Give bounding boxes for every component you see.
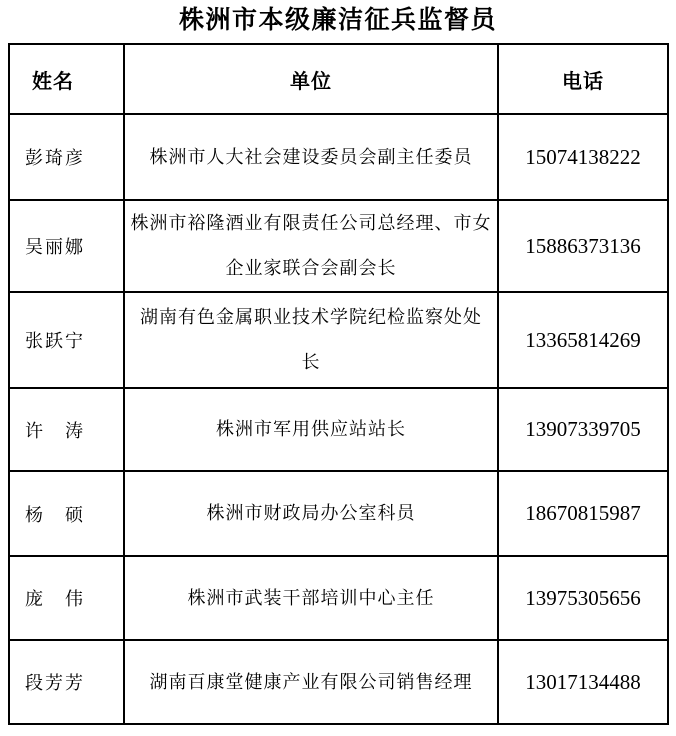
unit-cell: 株洲市裕隆酒业有限责任公司总经理、市女 企业家联合会副会长 bbox=[124, 200, 498, 292]
table-row: 张跃宁 湖南有色金属职业技术学院纪检监察处处 长 13365814269 bbox=[9, 292, 668, 388]
table-row: 许 涛 株洲市军用供应站站长 13907339705 bbox=[9, 388, 668, 471]
name-cell: 杨 硕 bbox=[9, 471, 124, 556]
name-cell: 段芳芳 bbox=[9, 640, 124, 724]
unit-cell: 株洲市财政局办公室科员 bbox=[124, 471, 498, 556]
phone-cell: 13907339705 bbox=[498, 388, 668, 471]
unit-cell: 株洲市人大社会建设委员会副主任委员 bbox=[124, 114, 498, 200]
unit-cell: 湖南有色金属职业技术学院纪检监察处处 长 bbox=[124, 292, 498, 388]
name-cell: 庞 伟 bbox=[9, 556, 124, 640]
page-title: 株洲市本级廉洁征兵监督员 bbox=[0, 5, 676, 35]
supervisors-table: 姓名 单位 电话 彭琦彦 株洲市人大社会建设委员会副主任委员 150741382… bbox=[8, 43, 669, 725]
header-phone: 电话 bbox=[498, 44, 668, 114]
header-name: 姓名 bbox=[9, 44, 124, 114]
unit-cell: 株洲市军用供应站站长 bbox=[124, 388, 498, 471]
table-row: 吴丽娜 株洲市裕隆酒业有限责任公司总经理、市女 企业家联合会副会长 158863… bbox=[9, 200, 668, 292]
table-header-row: 姓名 单位 电话 bbox=[9, 44, 668, 114]
document-page: 株洲市本级廉洁征兵监督员 姓名 单位 电话 彭琦彦 株洲市人大社会建设委员会副主… bbox=[0, 5, 676, 725]
name-cell: 彭琦彦 bbox=[9, 114, 124, 200]
name-cell: 吴丽娜 bbox=[9, 200, 124, 292]
phone-cell: 18670815987 bbox=[498, 471, 668, 556]
name-cell: 许 涛 bbox=[9, 388, 124, 471]
table-row: 段芳芳 湖南百康堂健康产业有限公司销售经理 13017134488 bbox=[9, 640, 668, 724]
table-row: 庞 伟 株洲市武装干部培训中心主任 13975305656 bbox=[9, 556, 668, 640]
unit-cell: 湖南百康堂健康产业有限公司销售经理 bbox=[124, 640, 498, 724]
phone-cell: 15074138222 bbox=[498, 114, 668, 200]
name-cell: 张跃宁 bbox=[9, 292, 124, 388]
table-row: 彭琦彦 株洲市人大社会建设委员会副主任委员 15074138222 bbox=[9, 114, 668, 200]
phone-cell: 13017134488 bbox=[498, 640, 668, 724]
phone-cell: 15886373136 bbox=[498, 200, 668, 292]
unit-cell: 株洲市武装干部培训中心主任 bbox=[124, 556, 498, 640]
table-row: 杨 硕 株洲市财政局办公室科员 18670815987 bbox=[9, 471, 668, 556]
header-unit: 单位 bbox=[124, 44, 498, 114]
phone-cell: 13365814269 bbox=[498, 292, 668, 388]
phone-cell: 13975305656 bbox=[498, 556, 668, 640]
